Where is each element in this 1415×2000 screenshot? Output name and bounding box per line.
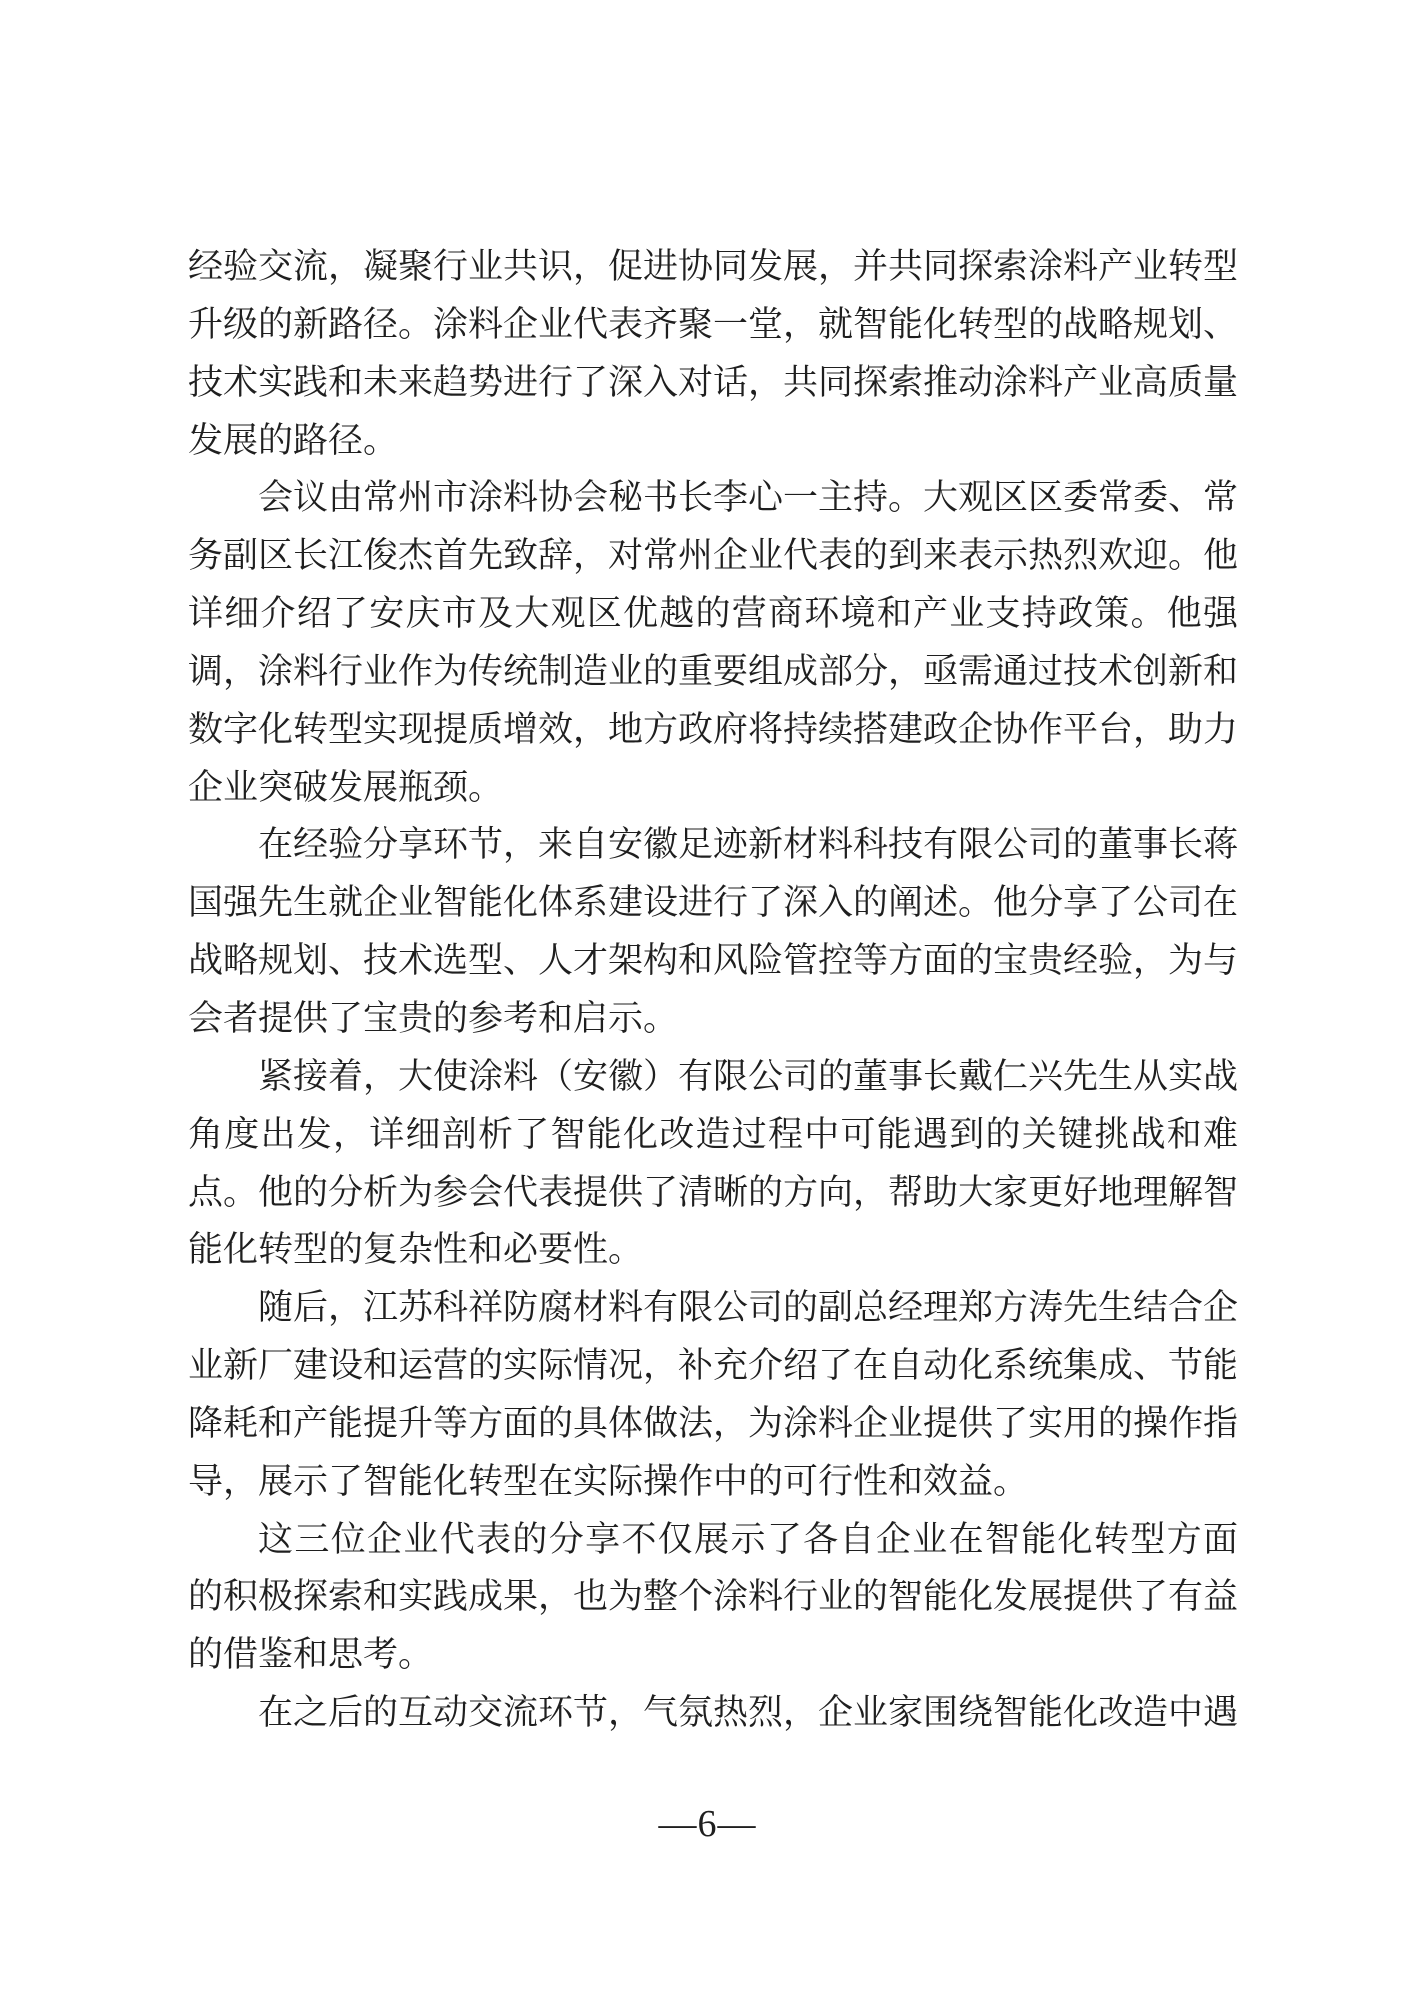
text-line: 国强先生就企业智能化体系建设进行了深入的阐述。他分享了公司在 — [188, 874, 1238, 932]
text-line: 技术实践和未来趋势进行了深入对话，共同探索推动涂料产业高质量 — [188, 354, 1238, 412]
text-line: 数字化转型实现提质增效，地方政府将持续搭建政企协作平台，助力 — [188, 701, 1238, 759]
text-line: 会议由常州市涂料协会秘书长李心一主持。大观区区委常委、常 — [188, 469, 1238, 527]
text-line: 发展的路径。 — [188, 412, 1238, 470]
text-line: 业新厂建设和运营的实际情况，补充介绍了在自动化系统集成、节能 — [188, 1337, 1238, 1395]
page-number: —6— — [0, 1800, 1415, 1848]
text-line: 角度出发，详细剖析了智能化改造过程中可能遇到的关键挑战和难 — [188, 1106, 1238, 1164]
text-line: 在之后的互动交流环节，气氛热烈，企业家围绕智能化改造中遇 — [188, 1684, 1238, 1742]
text-line: 经验交流，凝聚行业共识，促进协同发展，并共同探索涂料产业转型 — [188, 238, 1238, 296]
text-block: 经验交流，凝聚行业共识，促进协同发展，并共同探索涂料产业转型升级的新路径。涂料企… — [188, 238, 1238, 1742]
text-line: 企业突破发展瓶颈。 — [188, 759, 1238, 817]
text-line: 点。他的分析为参会代表提供了清晰的方向，帮助大家更好地理解智 — [188, 1164, 1238, 1222]
text-line: 这三位企业代表的分享不仅展示了各自企业在智能化转型方面 — [188, 1511, 1238, 1569]
document-page: 经验交流，凝聚行业共识，促进协同发展，并共同探索涂料产业转型升级的新路径。涂料企… — [0, 0, 1415, 2000]
text-line: 升级的新路径。涂料企业代表齐聚一堂，就智能化转型的战略规划、 — [188, 296, 1238, 354]
text-line: 在经验分享环节，来自安徽足迹新材料科技有限公司的董事长蒋 — [188, 816, 1238, 874]
text-line: 调，涂料行业作为传统制造业的重要组成部分，亟需通过技术创新和 — [188, 643, 1238, 701]
text-line: 紧接着，大使涂料（安徽）有限公司的董事长戴仁兴先生从实战 — [188, 1048, 1238, 1106]
text-line: 详细介绍了安庆市及大观区优越的营商环境和产业支持政策。他强 — [188, 585, 1238, 643]
text-line: 的积极探索和实践成果，也为整个涂料行业的智能化发展提供了有益 — [188, 1568, 1238, 1626]
text-line: 会者提供了宝贵的参考和启示。 — [188, 990, 1238, 1048]
text-line: 导，展示了智能化转型在实际操作中的可行性和效益。 — [188, 1453, 1238, 1511]
text-line: 战略规划、技术选型、人才架构和风险管控等方面的宝贵经验，为与 — [188, 932, 1238, 990]
text-line: 务副区长江俊杰首先致辞，对常州企业代表的到来表示热烈欢迎。他 — [188, 527, 1238, 585]
text-line: 随后，江苏科祥防腐材料有限公司的副总经理郑方涛先生结合企 — [188, 1279, 1238, 1337]
text-line: 降耗和产能提升等方面的具体做法，为涂料企业提供了实用的操作指 — [188, 1395, 1238, 1453]
text-line: 的借鉴和思考。 — [188, 1626, 1238, 1684]
text-line: 能化转型的复杂性和必要性。 — [188, 1221, 1238, 1279]
